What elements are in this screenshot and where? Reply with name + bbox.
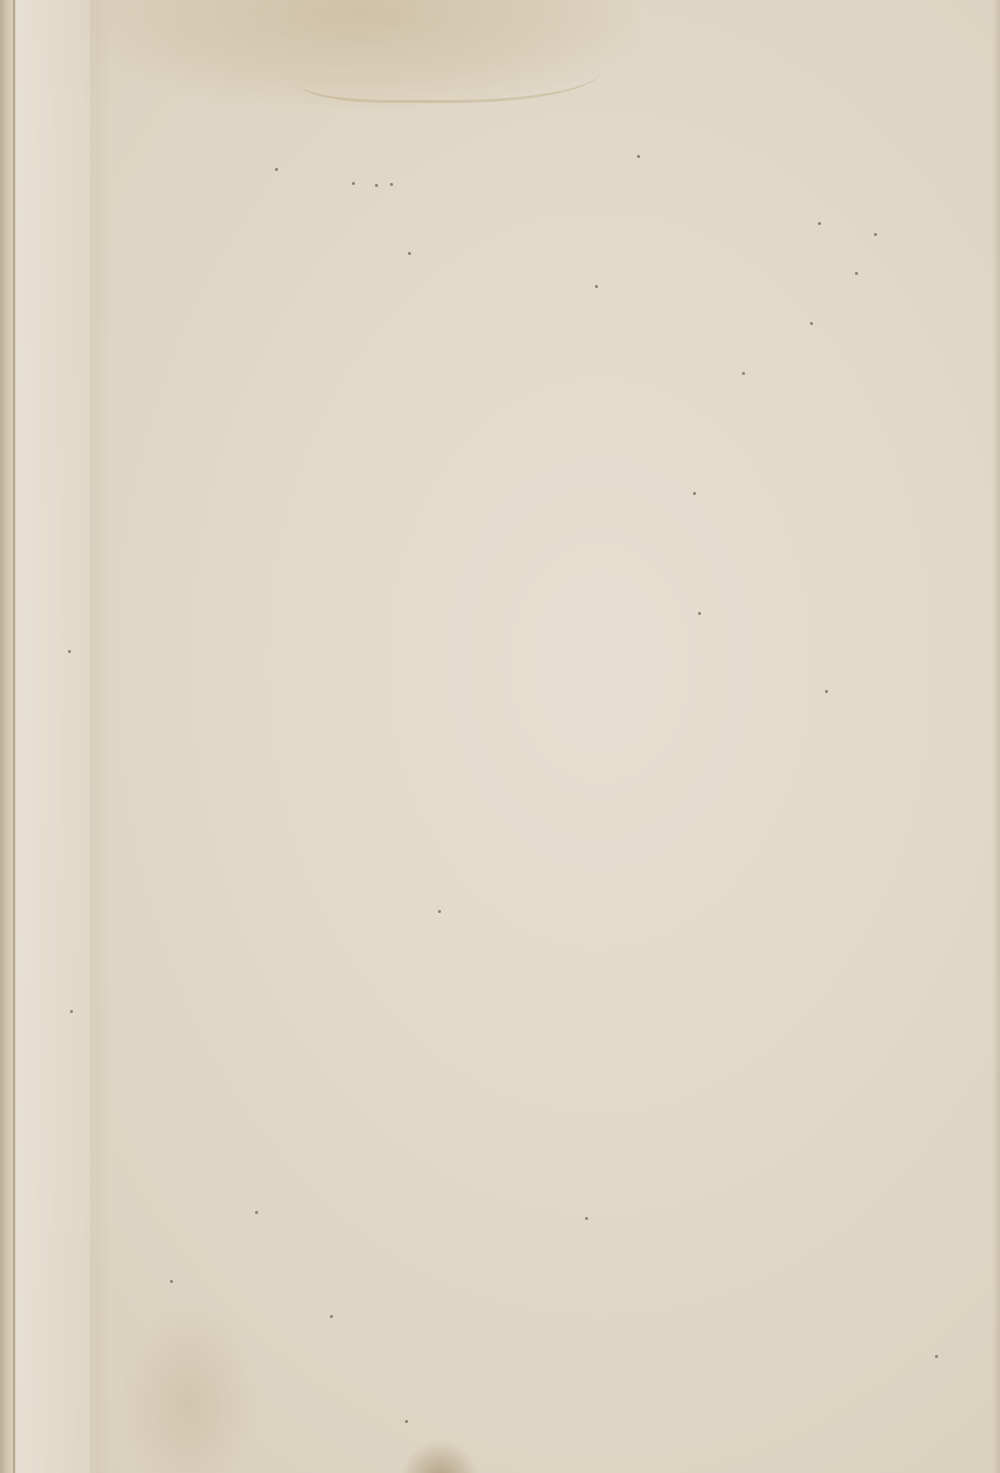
blank-paper-page [0,0,1000,1473]
paper-speck [68,650,71,653]
paper-speck [275,168,278,171]
gutter-band [16,0,96,1473]
paper-speck [595,285,598,288]
paper-speck [935,1355,938,1358]
paper-speck [70,1010,73,1013]
gutter-shadow [90,0,110,1473]
bottom-stain [400,1440,480,1473]
paper-speck [330,1315,333,1318]
paper-speck [637,155,640,158]
paper-speck [170,1280,173,1283]
paper-speck [375,184,378,187]
paper-speck [818,222,821,225]
paper-speck [255,1211,258,1214]
paper-speck [874,233,877,236]
paper-speck [390,183,393,186]
paper-speck [693,492,696,495]
paper-speck [405,1420,408,1423]
paper-speck [585,1217,588,1220]
paper-speck [855,272,858,275]
paper-speck [742,372,745,375]
paper-speck [810,322,813,325]
paper-speck [825,690,828,693]
water-stain-edge [300,40,600,103]
paper-speck [352,182,355,185]
corner-stain [120,1300,260,1473]
binding-line [13,0,15,1473]
paper-speck [408,252,411,255]
paper-speck [698,612,701,615]
paper-speck [438,910,441,913]
right-page-edge [992,0,1000,1473]
